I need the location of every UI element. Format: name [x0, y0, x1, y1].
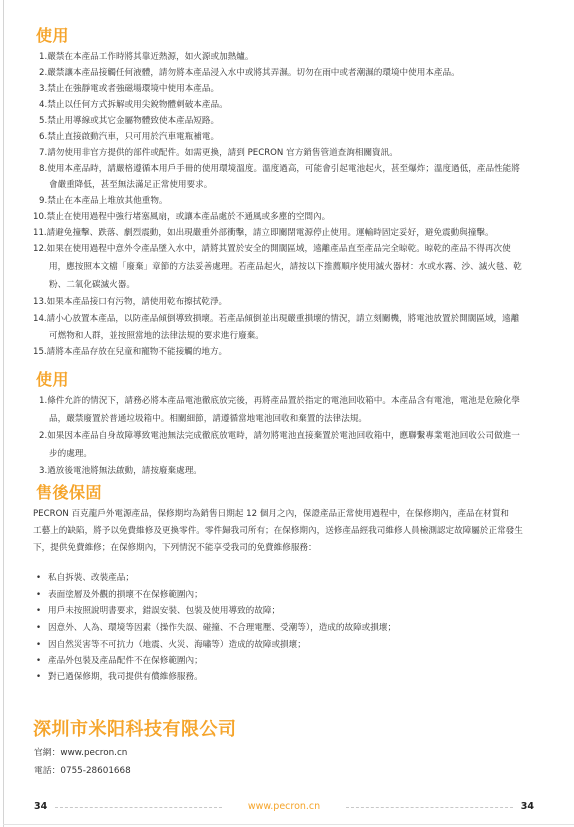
company-phone: 電話：0755-28601668 [34, 765, 131, 777]
usage-item-1: 1.嚴禁在本產品工作時將其靠近熱源，如火源或加熱爐。 [39, 51, 253, 63]
usage-item-13: 13.如果本產品接口有污物，請使用乾布擦拭乾淨。 [33, 296, 227, 308]
usage-item-3: 3.禁止在強靜電或者強磁場環境中使用本產品。 [39, 83, 219, 95]
usage-item-5: 5.禁止用導線或其它金屬物體致使本產品短路。 [39, 115, 219, 127]
usage-item-12: 12.如果在使用過程中意外令產品墜入水中，請將其置於安全的開闊區域，遠離產品直至… [33, 243, 511, 255]
usage-item-12-cont-2: 粉、二氧化碳滅火器。 [49, 279, 135, 291]
company-website: 官網：www.pecron.cn [34, 747, 127, 759]
page-number-right: 34 [521, 801, 534, 812]
usage-item-8-cont: 會嚴重降低，甚至無法滿足正常使用要求。 [49, 179, 212, 191]
warranty-exclusion-item: 因意外、人為、環境等因素（操作失誤、碰撞、不合理電壓、受潮等），造成的故障或損壞… [36, 622, 396, 634]
usage-item-2: 2.嚴禁讓本產品接觸任何液體，請勿將本產品浸入水中或將其弄濕。切勿在雨中或者潮濕… [39, 67, 460, 79]
section-heading-usage: 使用 [36, 26, 69, 46]
footer-website-link[interactable]: www.pecron.cn [230, 801, 338, 812]
usage-item-7: 7.請勿使用非官方提供的部件或配件。如需更換，請到 PECRON 官方銷售管道查… [39, 147, 398, 159]
disposal-item-1: 1.條件允許的情況下，請務必將本產品電池徹底放完後，再將產品置於指定的電池回收箱… [39, 395, 520, 407]
disposal-item-2-cont: 步的處理。 [49, 448, 92, 460]
warranty-exclusion-item: 產品外包裝及產品配件不在保修範圍內； [36, 655, 203, 667]
usage-item-14-cont: 可燃物和人群，並按照當地的法律法規的要求進行廢棄。 [49, 330, 264, 342]
page-edge-left [3, 0, 4, 827]
usage-item-10: 10.禁止在使用過程中強行堵塞風扇，或讓本產品處於不通風或多塵的空間內。 [33, 211, 330, 223]
usage-item-6: 6.禁止直接啟動汽車，只可用於汽車電瓶補電。 [39, 131, 219, 143]
usage-item-12-cont-1: 用，應按照本文檔「廢棄」章節的方法妥善處理。若產品起火，請按以下推薦順序使用滅火… [49, 261, 522, 273]
usage-item-14: 14.請小心放置本產品，以防產品傾倒導致損壞。若產品傾倒並出現嚴重損壞的情況，請… [33, 313, 519, 325]
page-number-left: 34 [34, 801, 47, 812]
warranty-exclusion-item: 因自然災害等不可抗力（地震、火災、海嘯等）造成的故障或損壞； [36, 639, 306, 651]
disposal-item-2: 2.如果因本產品自身故障導致電池無法完成徹底放電時，請勿將電池直接棄置於電池回收… [39, 430, 520, 442]
warranty-paragraph-line-1: PECRON 百克龍戶外電源產品，保修期均為銷售日期起 12 個月之內，保證產品… [33, 508, 509, 520]
usage-item-8: 8.使用本產品時，請嚴格遵循本用戶手冊的使用環境溫度。溫度過高，可能會引起電池起… [39, 163, 520, 175]
company-name: 深圳市米阳科技有限公司 [33, 718, 237, 742]
warranty-exclusion-item: 對已過保修期，我司提供有償維修服務。 [36, 671, 203, 683]
warranty-exclusion-item: 用戶未按照說明書要求，錯誤安裝、包裝及使用導致的故障； [36, 605, 280, 617]
warranty-exclusion-item: 表面塗層及外觀的損壞不在保修範圍內； [36, 589, 203, 601]
footer-dotted-rule-left [55, 807, 222, 808]
page-footer: 34 www.pecron.cn 34 [34, 799, 534, 813]
warranty-paragraph-line-2: 工藝上的缺陷，將予以免費維修及更換零件。零件歸我司所有；在保修期內，送修產品經我… [33, 525, 523, 537]
page-edge-bottom [3, 824, 574, 825]
disposal-item-1-cont: 品，嚴禁廢置於普通垃圾箱中。相關細節，請遵循當地電池回收和棄置的法律法規。 [49, 413, 367, 425]
disposal-item-3: 3.過放後電池將無法啟動，請按廢棄處理。 [39, 465, 202, 477]
usage-item-15: 15.請將本產品存放在兒童和寵物不能接觸的地方。 [33, 346, 227, 358]
warranty-exclusion-item: 私自拆裝、改裝產品； [36, 572, 134, 584]
footer-dotted-rule-right [346, 807, 513, 808]
usage-item-11: 11.請避免撞擊、跌落、劇烈震動，如出現嚴重外部衝擊，請立即關閉電源停止使用。運… [33, 227, 494, 239]
warranty-paragraph-line-3: 下，提供免費維修；在保修期內，下列情況不能享受我司的免費維修服務： [33, 542, 317, 554]
section-heading-warranty: 售後保固 [36, 483, 102, 503]
usage-item-9: 9.禁止在本產品上堆放其他重物。 [39, 195, 168, 207]
usage-item-4: 4.禁止以任何方式拆解或用尖銳物體刺破本產品。 [39, 99, 228, 111]
section-heading-disposal: 使用 [36, 370, 69, 390]
